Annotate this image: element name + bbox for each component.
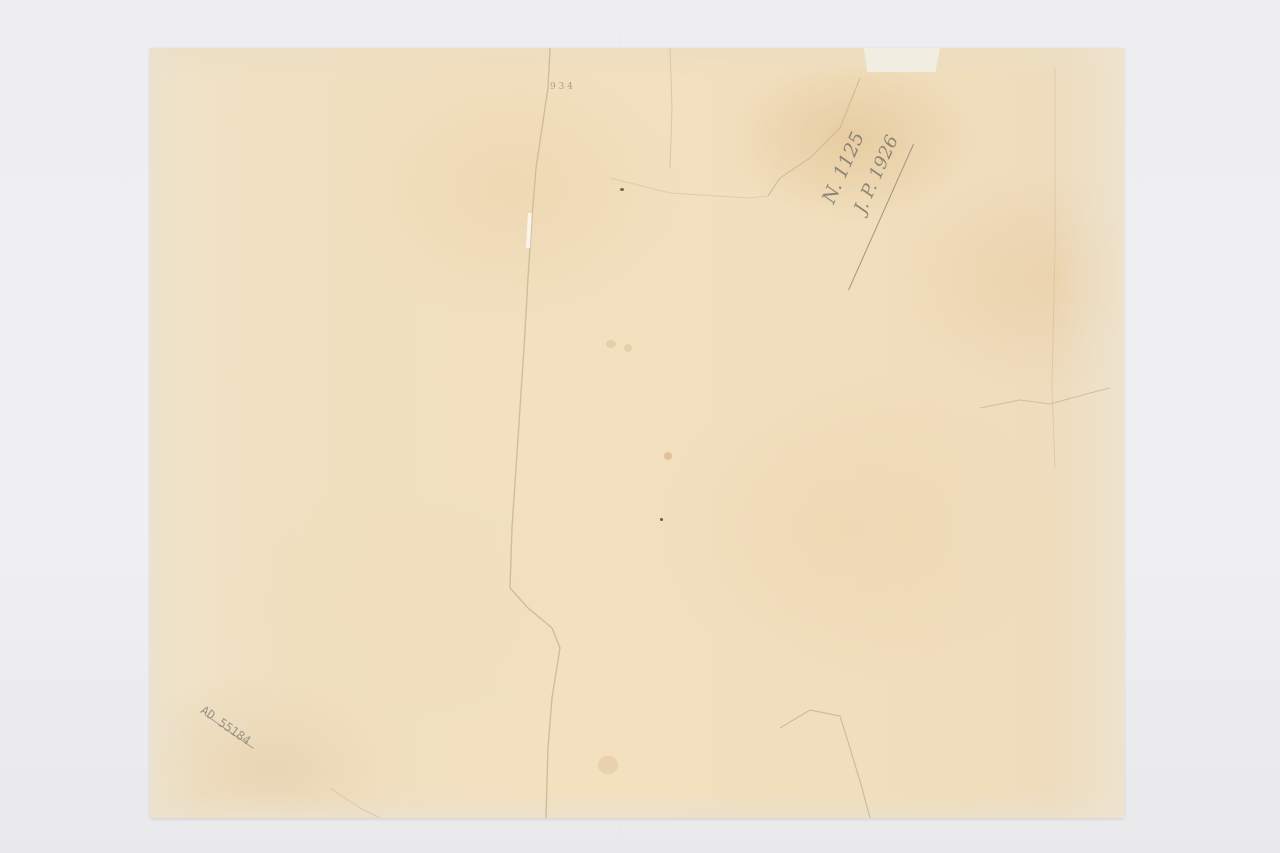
faint-top-mark: 9 3 4 <box>550 82 573 92</box>
foxing-spot <box>598 756 618 774</box>
foxing-spot <box>660 518 663 521</box>
foxing-spot <box>620 188 624 191</box>
aged-paper-sheet: 9 3 4 N. 1125 J. P. 1926 AD 55184 <box>150 48 1124 818</box>
paper-margin-left <box>150 48 196 818</box>
foxing-spot <box>664 452 672 460</box>
paper-margin-bottom <box>150 792 1124 818</box>
foxing-spot <box>624 344 632 352</box>
foxing-spot <box>606 340 616 348</box>
paper-creases <box>150 48 1124 818</box>
inventory-stamp: AD 55184 <box>198 703 253 748</box>
tape-patch <box>864 48 940 72</box>
paper-margin-right <box>1054 48 1124 818</box>
paper-margin-top <box>150 48 1124 78</box>
